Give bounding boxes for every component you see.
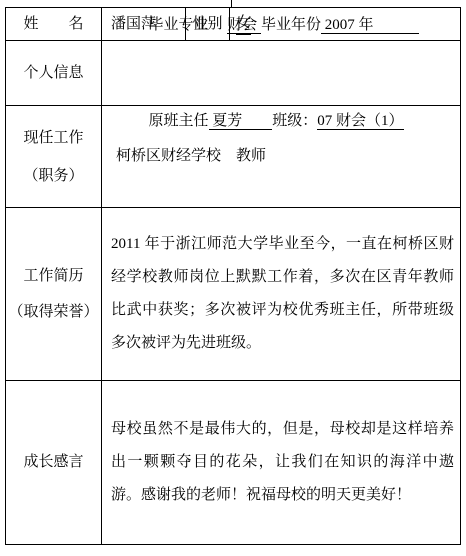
current-job-label-line2: （职务） [23,157,83,195]
work-resume-value-cell: 2011 年于浙江师范大学毕业至今，一直在柯桥区财经学校教师岗位上默默工作着，多… [101,208,460,380]
grad-year-value: 2007 年 [321,17,419,34]
alumni-info-table: 姓 名 潘国萍 性别 女 个人信息 毕业专业 财会 毕业年份 2007 年 [5,7,461,545]
growth-reflection-value-cell: 母校虽然不是最伟大的，但是，母校却是这样培养出一颗颗夺目的花朵，让我们在知识的海… [101,381,460,544]
personal-info-line1: 毕业专业 财会 毕业年份 2007 年 [111,0,454,73]
name-label-cell: 姓 名 [6,8,101,40]
grad-year-label: 毕业年份 [261,17,321,33]
growth-reflection-value: 母校虽然不是最伟大的，但是，母校却是这样培养出一颗颗夺目的花朵，让我们在知识的海… [111,413,454,512]
current-job-label-line1: 现任工作 [23,119,83,157]
current-job-label-cell: 现任工作 （职务） [6,106,101,207]
personal-info-value-cell: 毕业专业 财会 毕业年份 2007 年 原班主任 夏芳 班级：07 财会（1） [101,41,460,105]
work-resume-label-line1: 工作简历 [23,258,83,294]
growth-reflection-label: 成长感言 [23,452,83,473]
table-row-growth-reflection: 成长感言 母校虽然不是最伟大的，但是，母校却是这样培养出一颗颗夺目的花朵，让我们… [6,380,460,544]
table-row-personal-info: 个人信息 毕业专业 财会 毕业年份 2007 年 原班主任 夏芳 班级：07 财… [6,40,460,105]
work-resume-label-cell: 工作简历 （取得荣誉） [6,208,101,380]
personal-info-label: 个人信息 [23,63,83,84]
work-resume-value: 2011 年于浙江师范大学毕业至今，一直在柯桥区财经学校教师岗位上默默工作着，多… [111,228,454,360]
work-resume-label-line2: （取得荣誉） [8,294,98,330]
document-page: 姓 名 潘国萍 性别 女 个人信息 毕业专业 财会 毕业年份 2007 年 [0,0,466,556]
growth-reflection-label-cell: 成长感言 [6,381,101,544]
table-row-current-job: 现任工作 （职务） 柯桥区财经学校 教师 [6,105,460,207]
current-job-value: 柯桥区财经学校 教师 [116,146,454,167]
current-job-value-cell: 柯桥区财经学校 教师 [101,106,460,207]
table-row-work-resume: 工作简历 （取得荣誉） 2011 年于浙江师范大学毕业至今，一直在柯桥区财经学校… [6,207,460,380]
name-label: 姓 名 [23,14,83,35]
major-label: 毕业专业 [149,17,228,33]
major-value: 财会 [227,17,261,34]
personal-info-label-cell: 个人信息 [6,41,101,105]
